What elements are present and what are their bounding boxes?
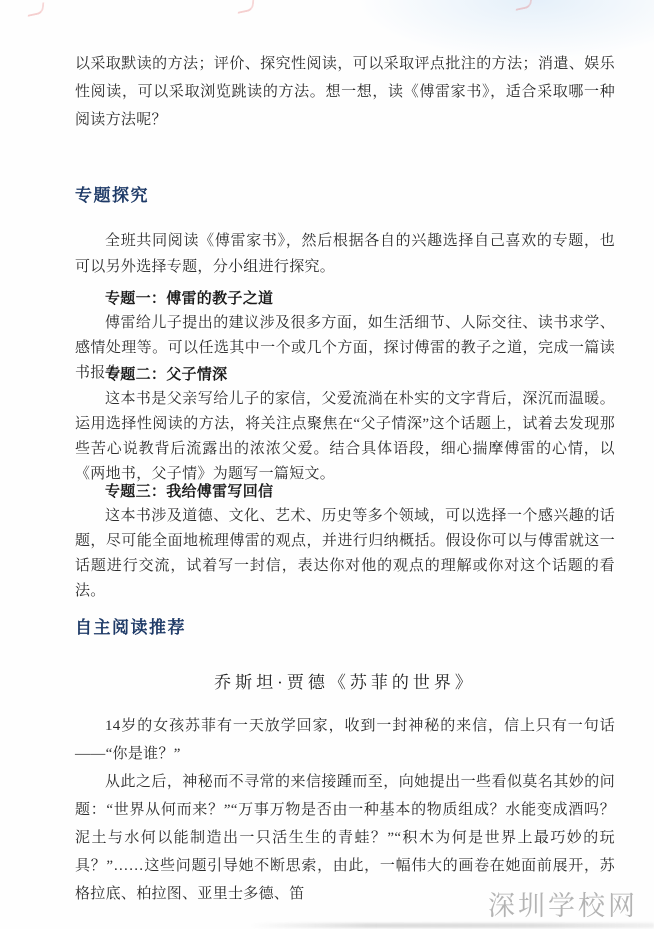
topic-3-title: 专题三：我给傅雷写回信 [75, 479, 615, 504]
intro-paragraph: 以采取默读的方法；评价、探究性阅读，可以采取评点批注的方法；消遣、娱乐性阅读，可… [75, 50, 615, 134]
textbook-page: 以采取默读的方法；评价、探究性阅读，可以采取评点批注的方法；消遣、娱乐性阅读，可… [0, 0, 654, 929]
book-summary-paragraph-1: 14岁的女孩苏菲有一天放学回家，收到一封神秘的来信，信上只有一句话——“你是谁？… [75, 712, 615, 768]
scan-edge-artifact [249, 923, 654, 928]
topic-3-body: 这本书涉及道德、文化、艺术、历史等多个领域，可以选择一个感兴趣的话题，尽可能全面… [75, 504, 615, 604]
section-heading-independent-reading: 自主阅读推荐 [75, 613, 615, 638]
recommended-book-title: 乔斯坦·贾德《苏菲的世界》 [75, 668, 615, 693]
topic-1-title: 专题一：傅雷的教子之道 [75, 286, 615, 311]
section-heading-topic-inquiry: 专题探究 [75, 181, 615, 206]
site-watermark: 深圳学校网 [488, 884, 638, 923]
topic-2-title: 专题二：父子情深 [75, 362, 615, 387]
section-intro-paragraph: 全班共同阅读《傅雷家书》，然后根据各自的兴趣选择自己喜欢的专题，也可以另外选择专… [75, 228, 615, 280]
red-pen-mark [238, 0, 255, 14]
red-pen-mark [516, 0, 533, 11]
topic-2-body: 这本书是父亲写给儿子的家信，父爱流淌在朴实的文字背后，深沉而温暖。运用选择性阅读… [75, 387, 615, 487]
red-pen-mark [28, 2, 45, 17]
